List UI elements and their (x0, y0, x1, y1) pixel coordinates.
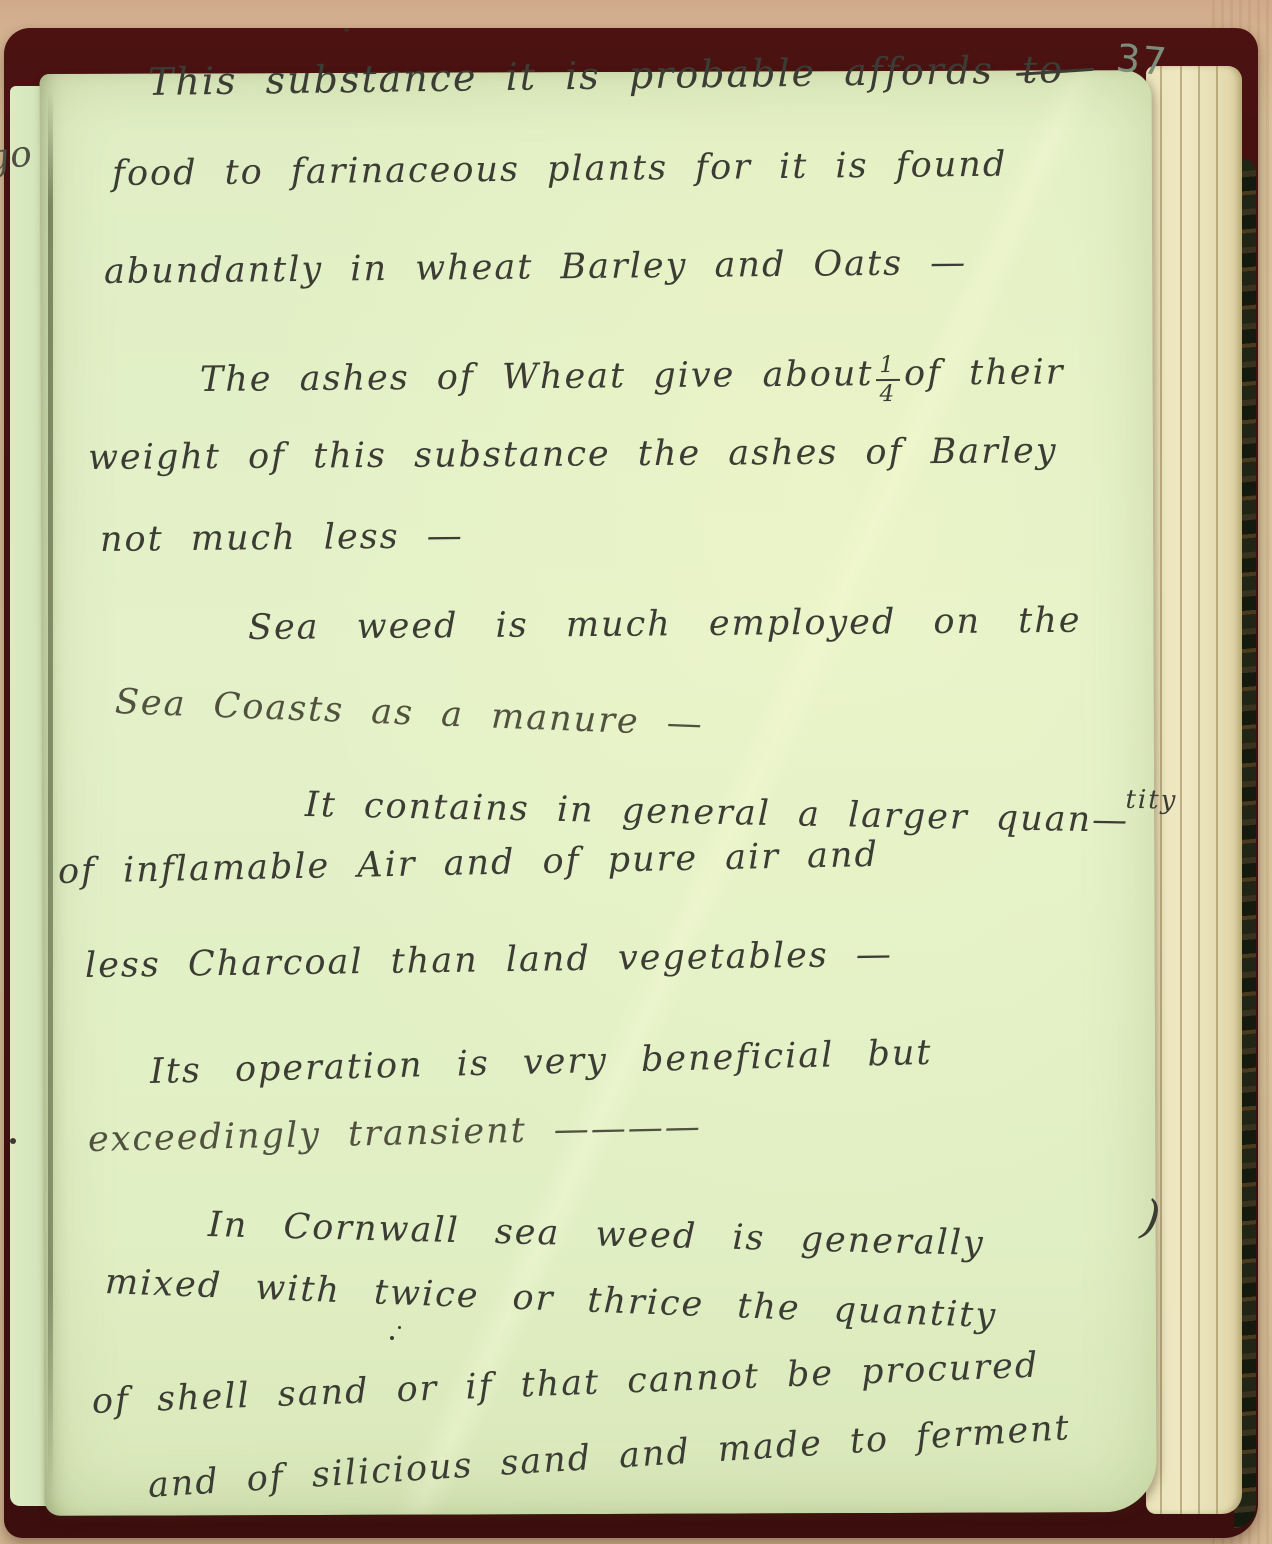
handwritten-line: Sea weed is much employed on the (248, 601, 1082, 648)
ink-speck (344, 28, 349, 32)
superscript-insertion: tity (1125, 785, 1177, 816)
ink-speck (390, 1336, 394, 1340)
page-number: 37 (1114, 36, 1170, 84)
ink-speck (398, 1326, 401, 1329)
fraction-numerator: 1 (875, 354, 900, 381)
ink-speck (10, 1138, 16, 1144)
handwritten-line: weight of this substance the ashes of Ba… (88, 431, 1058, 478)
page-edge-line (1198, 66, 1200, 1514)
handwritten-line: The ashes of Wheat give about14of their (200, 352, 1065, 412)
page-edge-line (1216, 66, 1218, 1514)
line-text: The ashes of Wheat give about (200, 354, 874, 400)
struck-through-word: to (1022, 47, 1065, 92)
page-edge-line (1180, 66, 1182, 1514)
handwritten-line: not much less — (100, 516, 464, 560)
fraction-denominator: 4 (875, 381, 900, 406)
gutter-crease (48, 92, 53, 1492)
margin-annotation: go (0, 133, 35, 180)
fraction-one-quarter: 14 (875, 354, 900, 406)
line-text: of their (904, 352, 1065, 393)
